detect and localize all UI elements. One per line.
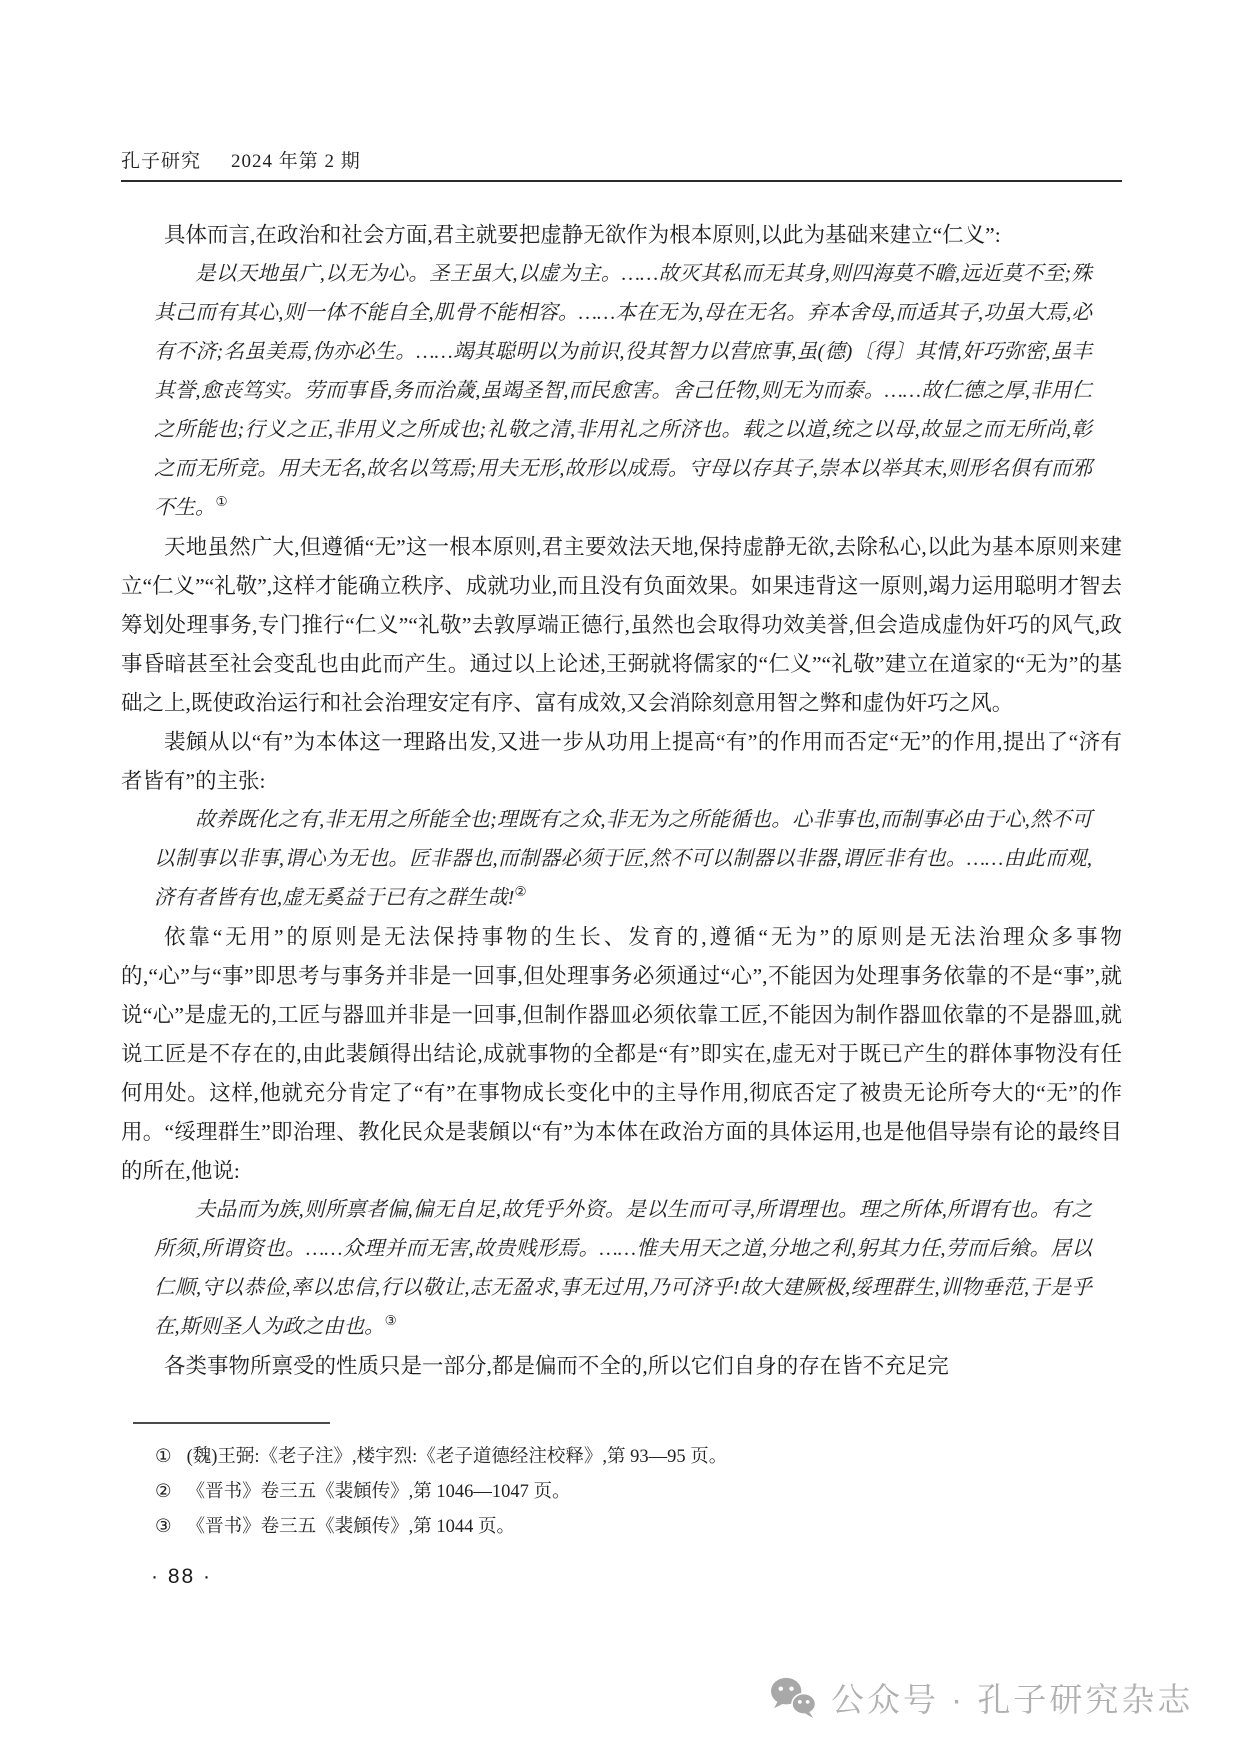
quote-text: 夫品而为族,则所禀者偏,偏无自足,故凭乎外资。是以生而可寻,所谓理也。理之所体,… (154, 1199, 1092, 1338)
footnote-marker: ③ (155, 1517, 172, 1537)
article-body: 具体而言,在政治和社会方面,君主就要把虚静无欲作为根本原则,以此为基础来建立“仁… (121, 216, 1122, 1386)
footnote-marker: ① (155, 1447, 172, 1467)
paragraph: 裴頠从以“有”为本体这一理路出发,又进一步从功用上提高“有”的作用而否定“无”的… (121, 723, 1122, 801)
page-number: · 88 · (121, 1565, 1122, 1589)
running-header: 孔子研究2024 年第 2 期 (121, 146, 1122, 182)
journal-page: 孔子研究2024 年第 2 期 具体而言,在政治和社会方面,君主就要把虚静无欲作… (121, 0, 1122, 1589)
paragraph: 依靠“无用”的原则是无法保持事物的生长、发育的,遵循“无为”的原则是无法治理众多… (121, 918, 1122, 1191)
block-quote: 故养既化之有,非无用之所能全也;理既有之众,非无为之所能循也。心非事也,而制事必… (154, 801, 1092, 918)
issue-label: 2024 年第 2 期 (231, 151, 361, 172)
paragraph: 具体而言,在政治和社会方面,君主就要把虚静无欲作为根本原则,以此为基础来建立“仁… (121, 216, 1122, 255)
footnote-separator (133, 1422, 330, 1424)
footnote-item: ①(魏)王弼:《老子注》,楼宇烈:《老子道德经注校释》,第 93—95 页。 (121, 1440, 1122, 1475)
quote-text: 是以天地虽广,以无为心。圣王虽大,以虚为主。……故灭其私而无其身,则四海莫不瞻,… (154, 263, 1092, 519)
footnote-marker: ② (155, 1482, 172, 1502)
footnote-ref-3: ③ (385, 1313, 397, 1328)
watermark-text: 公众号 · 孔子研究杂志 (831, 1674, 1193, 1721)
footnote-text: 《晋书》卷三五《裴頠传》,第 1044 页。 (187, 1517, 515, 1537)
wechat-icon (770, 1677, 817, 1719)
paragraph: 天地虽然广大,但遵循“无”这一根本原则,君主要效法天地,保持虚静无欲,去除私心,… (121, 528, 1122, 723)
paragraph: 各类事物所禀受的性质只是一部分,都是偏而不全的,所以它们自身的存在皆不充足完 (121, 1347, 1122, 1386)
footnote-text: (魏)王弼:《老子注》,楼宇烈:《老子道德经注校释》,第 93—95 页。 (187, 1447, 728, 1467)
footnote-ref-2: ② (514, 884, 526, 899)
footnote-ref-1: ① (216, 494, 228, 509)
block-quote: 夫品而为族,则所禀者偏,偏无自足,故凭乎外资。是以生而可寻,所谓理也。理之所体,… (154, 1191, 1092, 1347)
wechat-watermark: 公众号 · 孔子研究杂志 (770, 1674, 1193, 1721)
footnotes-section: ①(魏)王弼:《老子注》,楼宇烈:《老子道德经注校释》,第 93—95 页。 ②… (121, 1422, 1122, 1545)
journal-title: 孔子研究 (121, 151, 201, 172)
footnote-item: ②《晋书》卷三五《裴頠传》,第 1046—1047 页。 (121, 1475, 1122, 1510)
footnote-text: 《晋书》卷三五《裴頠传》,第 1046—1047 页。 (187, 1482, 571, 1502)
footnote-item: ③《晋书》卷三五《裴頠传》,第 1044 页。 (121, 1510, 1122, 1545)
quote-text: 故养既化之有,非无用之所能全也;理既有之众,非无为之所能循也。心非事也,而制事必… (154, 809, 1092, 909)
block-quote: 是以天地虽广,以无为心。圣王虽大,以虚为主。……故灭其私而无其身,则四海莫不瞻,… (154, 255, 1092, 528)
